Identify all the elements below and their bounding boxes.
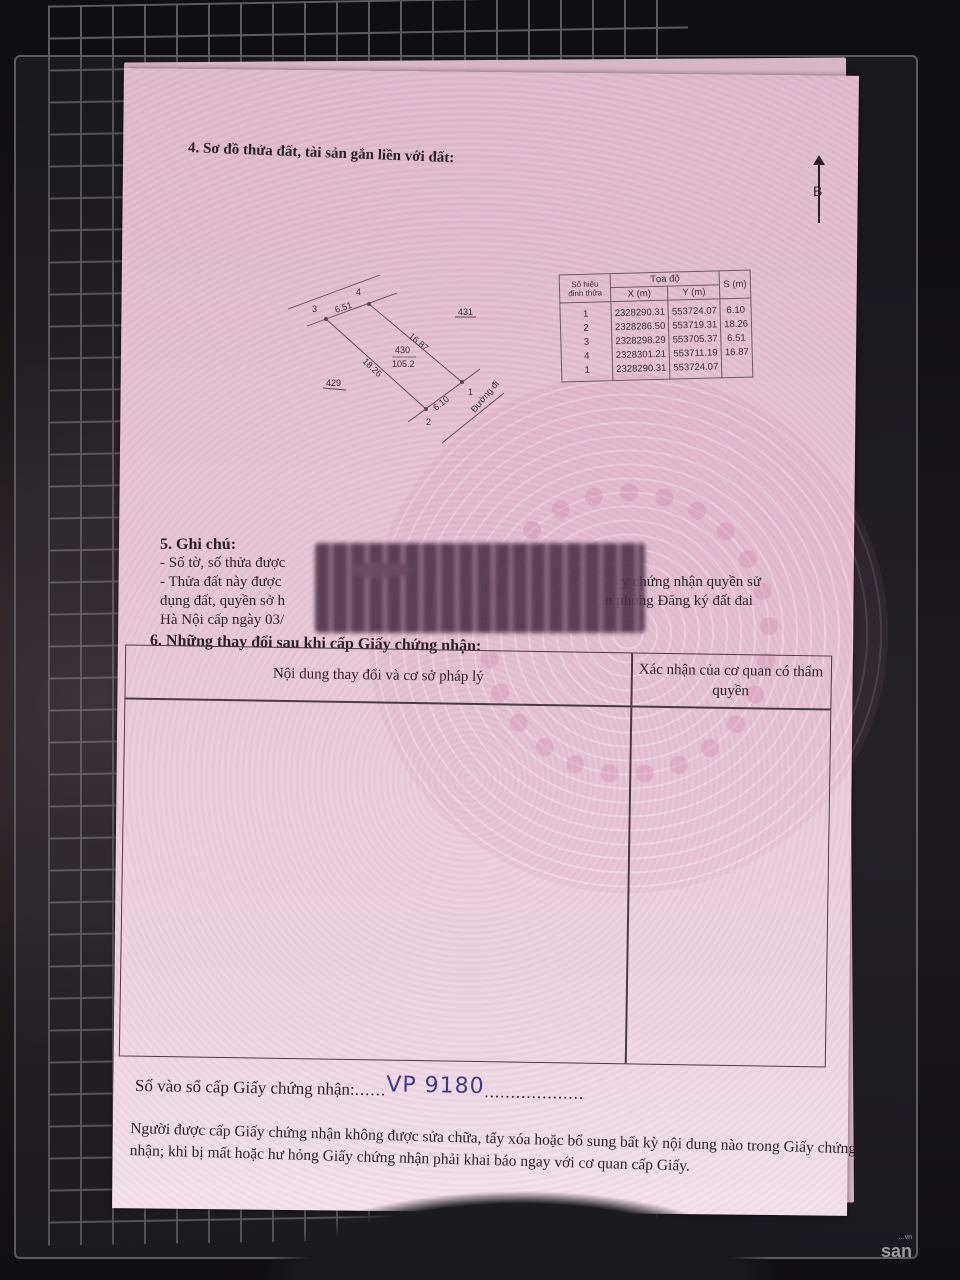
col-vertex: Số hiệu đỉnh thửa [559, 274, 611, 303]
cell-s: 18.26 [721, 318, 752, 333]
north-label: B [813, 183, 822, 199]
changes-col1-header: Nội dung thay đổi và cơ sở pháp lý [126, 663, 631, 688]
changes-col2-header: Xác nhận của cơ quan có thẩm quyền [630, 659, 831, 702]
edge-4-1: 16.87 [407, 331, 431, 353]
registry-value: VP 9180 [386, 1072, 485, 1099]
cell-y: 553719.31 [669, 318, 721, 333]
coordinate-table: Số hiệu đỉnh thửa Tọa độ S (m) X (m) Y (… [559, 270, 754, 383]
vertex-1: 1 [468, 387, 473, 397]
parcel-area: 105.2 [392, 359, 415, 369]
cell-vertex: 3 [561, 335, 612, 350]
cell-y: 553705.37 [669, 332, 721, 347]
north-arrow-icon: B [808, 155, 830, 225]
parcel-number: 430 [395, 345, 410, 355]
edge-1-2: 6.10 [431, 394, 451, 413]
cell-s: 6.10 [720, 298, 751, 318]
edge-2-3: 18.26 [361, 356, 384, 379]
cell-y: 553724.07 [670, 360, 722, 379]
cell-x: 2328301.21 [612, 348, 670, 363]
cell-s [722, 359, 753, 377]
registry-label: Số vào sổ cấp Giấy chứng nhận: [135, 1076, 355, 1099]
vertex-4: 4 [356, 287, 361, 297]
cell-x: 2328290.31 [611, 300, 669, 321]
cell-y: 553724.07 [668, 299, 720, 320]
redacted-block [315, 543, 645, 633]
neighbor-429: 429 [326, 378, 341, 388]
edge-3-4: 6.51 [334, 300, 354, 315]
vertex-3: 3 [312, 304, 317, 314]
cell-vertex: 1 [560, 302, 612, 323]
col-s: S (m) [719, 270, 751, 299]
changes-table: Nội dung thay đổi và cơ sở pháp lý Xác n… [119, 644, 832, 1067]
cell-x: 2328298.29 [612, 334, 670, 349]
cell-vertex: 2 [560, 321, 611, 336]
col-y: Y (m) [668, 285, 720, 300]
neighbor-431: 431 [458, 307, 473, 317]
col-x: X (m) [611, 286, 669, 301]
vertex-2: 2 [426, 417, 431, 427]
cell-y: 553711.19 [669, 346, 721, 361]
cell-s: 6.51 [721, 331, 752, 346]
watermark-logo: ...vnsan [881, 1234, 912, 1262]
cell-x: 2328286.50 [611, 320, 669, 335]
cell-x: 2328290.31 [613, 362, 671, 381]
parcel-sketch: 3 4 1 2 6.51 16.87 18.26 6.10 430 105.2 … [280, 265, 530, 445]
cell-vertex: 1 [561, 363, 613, 382]
cell-s: 16.87 [721, 345, 752, 360]
dark-cloth [260, 1190, 780, 1280]
cell-vertex: 4 [561, 349, 612, 364]
